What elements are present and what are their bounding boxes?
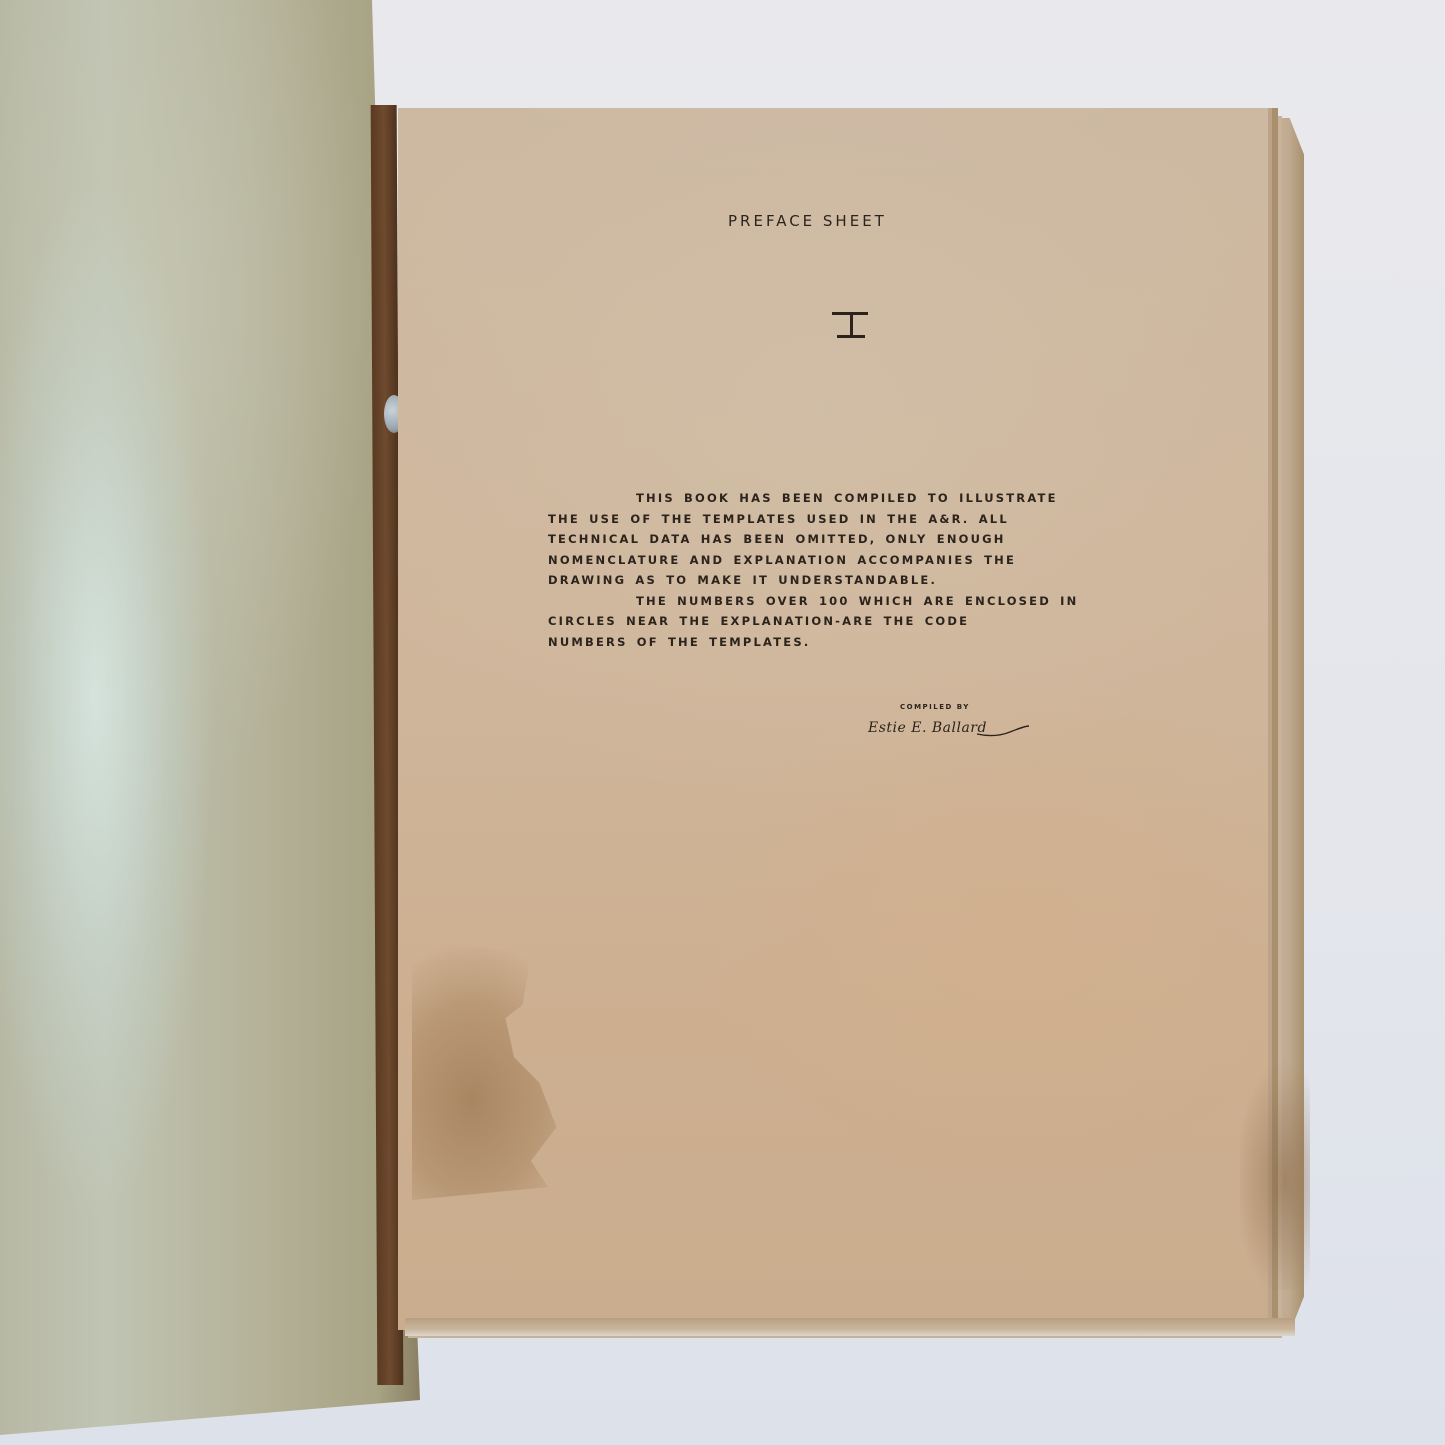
preface-body: This book has been compiled to illustrat…	[548, 488, 1188, 652]
body-line: nomenclature and explanation accompanies…	[548, 550, 1188, 571]
signature: Estie E. Ballard	[868, 720, 987, 736]
numeral-bottom-bar	[837, 335, 865, 338]
water-stain-bottom-right	[1240, 1050, 1310, 1290]
body-line: technical data has been omitted, only en…	[548, 529, 1188, 550]
page-bottom-edge	[405, 1318, 1295, 1336]
body-line: This book has been compiled to illustrat…	[548, 488, 1188, 509]
page-title: Preface Sheet	[728, 212, 887, 230]
body-line: The numbers over 100 which are enclosed …	[548, 591, 1188, 612]
signature-flourish-icon	[975, 724, 1030, 738]
body-line: numbers of the templates.	[548, 632, 1188, 653]
left-page	[0, 0, 420, 1435]
book-photo: Preface Sheet I This book has been compi…	[0, 0, 1445, 1445]
body-line: circles near the explanation-are the cod…	[548, 611, 1188, 632]
compiled-by-label: Compiled by	[900, 703, 970, 711]
body-line: the use of the templates used in the A&R…	[548, 509, 1188, 530]
body-line: drawing as to make it understandable.	[548, 570, 1188, 591]
section-numeral: I	[832, 312, 872, 342]
